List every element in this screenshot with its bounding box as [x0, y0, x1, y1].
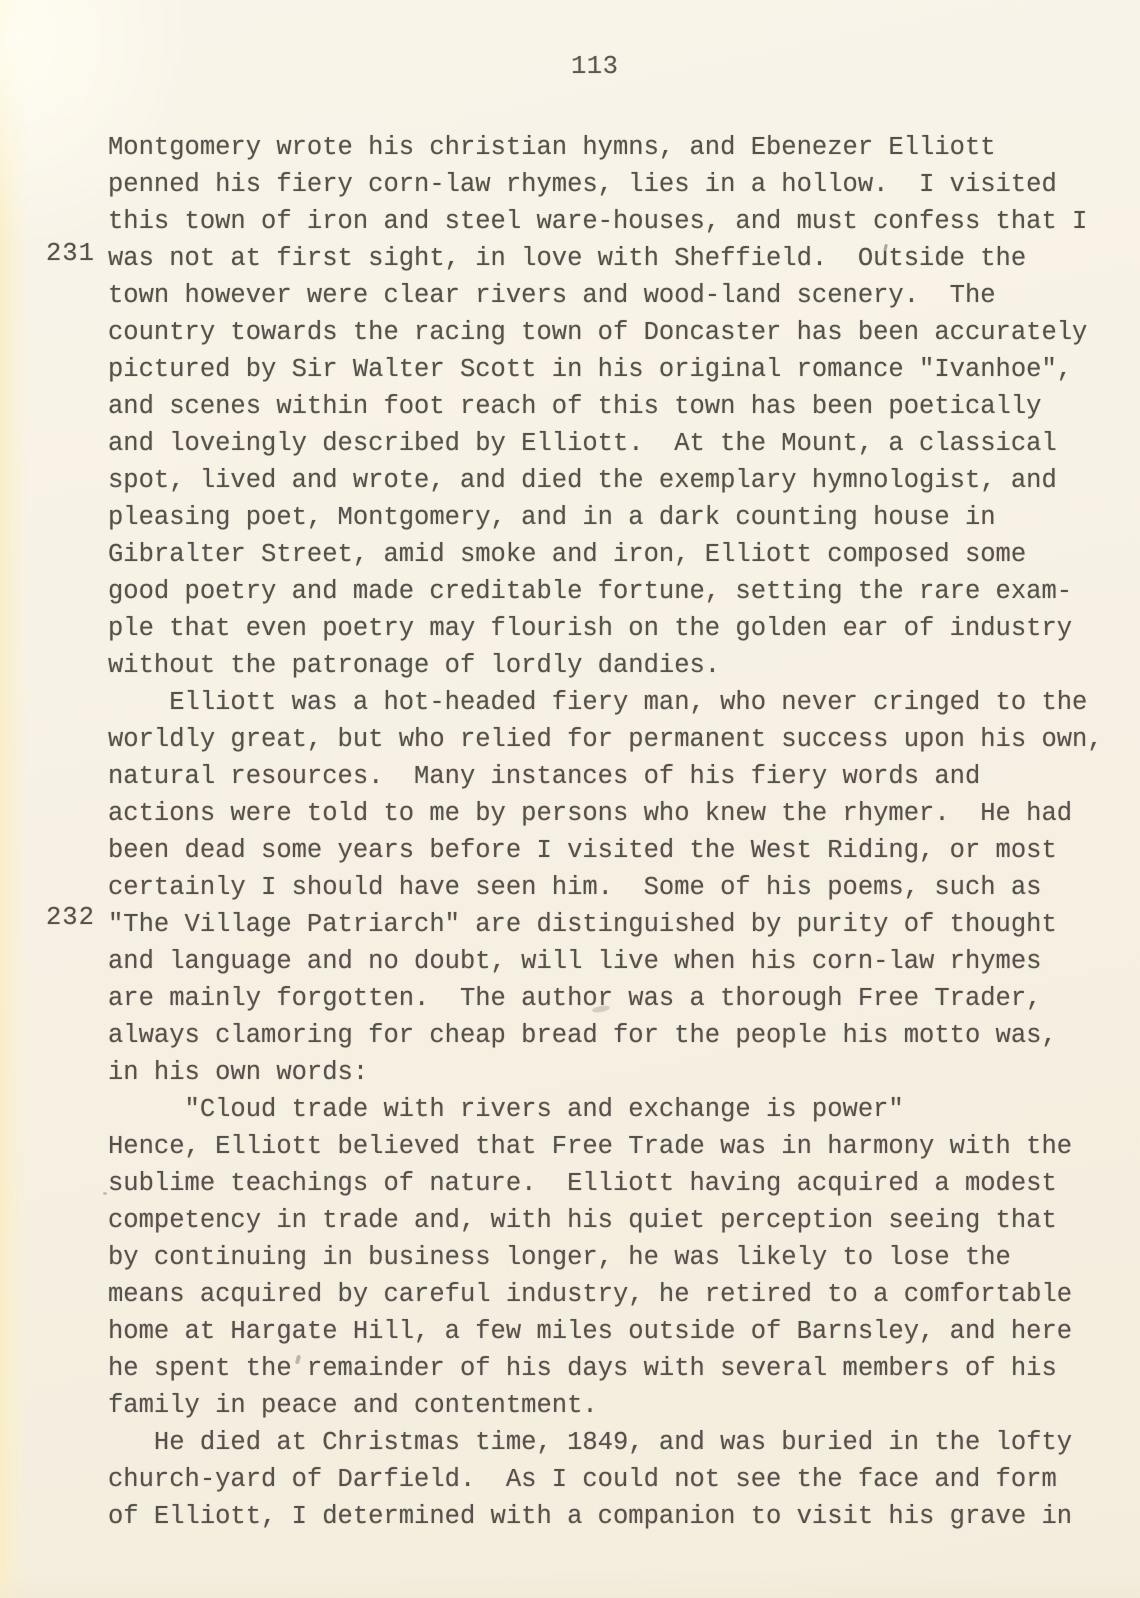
text-line: Elliott was a hot-headed fiery man, who … — [108, 684, 1103, 721]
text-line: natural resources. Many instances of his… — [108, 758, 1103, 795]
text-line: sublime teachings of nature. Elliott hav… — [108, 1165, 1103, 1202]
text-line: "Cloud trade with rivers and exchange is… — [108, 1091, 1103, 1128]
text-line: certainly I should have seen him. Some o… — [108, 869, 1103, 906]
page-number: 113 — [571, 54, 618, 80]
text-line: and language and no doubt, will live whe… — [108, 943, 1103, 980]
text-line: always clamoring for cheap bread for the… — [108, 1017, 1103, 1054]
text-line: means acquired by careful industry, he r… — [108, 1276, 1103, 1313]
text-line: and loveingly described by Elliott. At t… — [108, 425, 1103, 462]
text-line: worldly great, but who relied for perman… — [108, 721, 1103, 758]
text-line: was not at first sight, in love with She… — [108, 240, 1103, 277]
text-line: Montgomery wrote his christian hymns, an… — [108, 129, 1103, 166]
text-line: church-yard of Darfield. As I could not … — [108, 1461, 1103, 1498]
text-line: family in peace and contentment. — [108, 1387, 1103, 1424]
typewritten-body: Montgomery wrote his christian hymns, an… — [108, 129, 1103, 1535]
text-line: without the patronage of lordly dandies. — [108, 647, 1103, 684]
text-line: country towards the racing town of Donca… — [108, 314, 1103, 351]
text-line: this town of iron and steel ware-houses,… — [108, 203, 1103, 240]
text-line: he spent the remainder of his days with … — [108, 1350, 1103, 1387]
text-line: ple that even poetry may flourish on the… — [108, 610, 1103, 647]
text-line: home at Hargate Hill, a few miles outsid… — [108, 1313, 1103, 1350]
text-line: by continuing in business longer, he was… — [108, 1239, 1103, 1276]
paper-bottom-shade — [0, 1572, 1140, 1598]
text-line: competency in trade and, with his quiet … — [108, 1202, 1103, 1239]
text-line: "The Village Patriarch" are distinguishe… — [108, 906, 1103, 943]
text-line: spot, lived and wrote, and died the exem… — [108, 462, 1103, 499]
text-line: He died at Christmas time, 1849, and was… — [108, 1424, 1103, 1461]
text-line: town however were clear rivers and wood-… — [108, 277, 1103, 314]
text-line: pleasing poet, Montgomery, and in a dark… — [108, 499, 1103, 536]
margin-note-232: 232 — [46, 905, 95, 931]
text-line: Hence, Elliott believed that Free Trade … — [108, 1128, 1103, 1165]
text-line: are mainly forgotten. The author was a t… — [108, 980, 1103, 1017]
text-line: good poetry and made creditable fortune,… — [108, 573, 1103, 610]
scanned-typewritten-page: { "document": { "page_number": "113", "m… — [0, 0, 1140, 1598]
text-line: penned his fiery corn-law rhymes, lies i… — [108, 166, 1103, 203]
margin-note-231: 231 — [46, 241, 95, 267]
text-line: Gibralter Street, amid smoke and iron, E… — [108, 536, 1103, 573]
text-line: actions were told to me by persons who k… — [108, 795, 1103, 832]
text-line: been dead some years before I visited th… — [108, 832, 1103, 869]
text-line: of Elliott, I determined with a companio… — [108, 1498, 1103, 1535]
text-line: and scenes within foot reach of this tow… — [108, 388, 1103, 425]
text-line: in his own words: — [108, 1054, 1103, 1091]
ink-speck — [103, 1192, 107, 1195]
text-line: pictured by Sir Walter Scott in his orig… — [108, 351, 1103, 388]
